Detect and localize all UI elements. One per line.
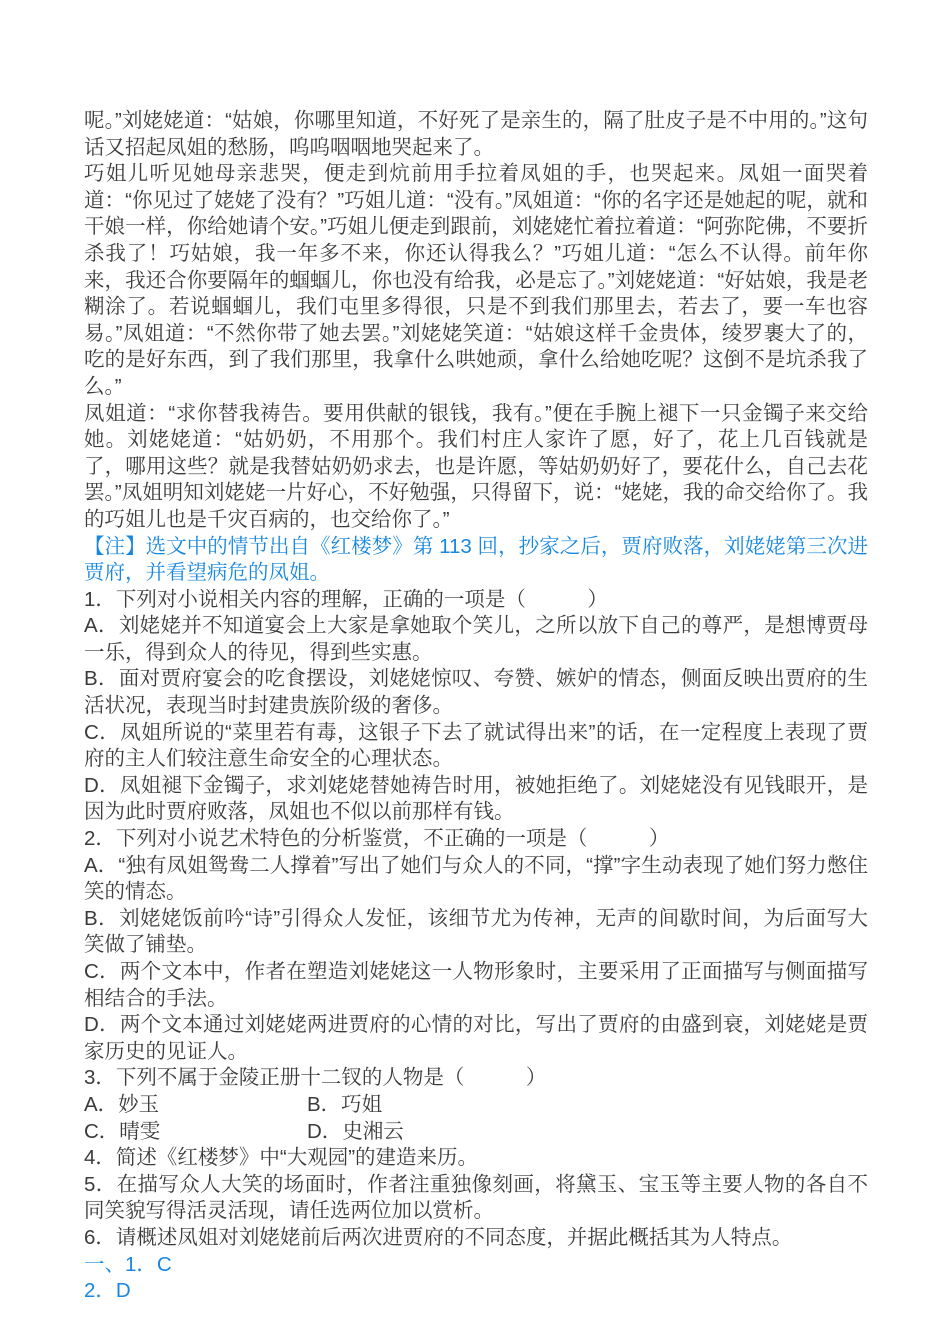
question-2-option-c: C．两个文本中，作者在塑造刘姥姥这一人物形象时，主要采用了正面描写与侧面描写相结… [84, 959, 868, 1012]
question-1-option-a: A．刘姥姥并不知道宴会上大家是拿她取个笑儿，之所以放下自己的尊严，是想博贾母一乐… [84, 613, 868, 666]
question-3-option-b: B．巧姐 [307, 1092, 868, 1119]
answer-line-1: 一、1．C [84, 1252, 868, 1279]
source-note: 【注】选文中的情节出自《红楼梦》第 113 回，抄家之后，贾府败落，刘姥姥第三次… [84, 534, 868, 587]
passage-paragraph-3: 凤姐道：“求你替我祷告。要用供献的银钱，我有。”便在手腕上褪下一只金镯子来交给她… [84, 401, 868, 534]
question-1-option-d: D．凤姐褪下金镯子，求刘姥姥替她祷告时用，被她拒绝了。刘姥姥没有见钱眼开，是因为… [84, 773, 868, 826]
question-2-option-d: D．两个文本通过刘姥姥两进贾府的心情的对比，写出了贾府的由盛到衰，刘姥姥是贾家历… [84, 1012, 868, 1065]
answer-line-2: 2．D [84, 1278, 868, 1305]
question-3-option-a: A．妙玉 [84, 1092, 307, 1119]
question-3-option-c: C．晴雯 [84, 1119, 307, 1146]
question-1: 1．下列对小说相关内容的理解，正确的一项是（ ） [84, 587, 868, 614]
exam-page: 呢。”刘姥姥道：“姑娘，你哪里知道，不好死了是亲生的，隔了肚皮子是不中用的。”这… [0, 0, 950, 1344]
document-body: 呢。”刘姥姥道：“姑娘，你哪里知道，不好死了是亲生的，隔了肚皮子是不中用的。”这… [84, 108, 868, 1305]
passage-paragraph-1: 呢。”刘姥姥道：“姑娘，你哪里知道，不好死了是亲生的，隔了肚皮子是不中用的。”这… [84, 108, 868, 161]
question-2: 2．下列对小说艺术特色的分析鉴赏，不正确的一项是（ ） [84, 826, 868, 853]
question-3: 3．下列不属于金陵正册十二钗的人物是（ ） [84, 1065, 868, 1092]
question-2-option-b: B．刘姥姥饭前吟“诗”引得众人发怔，该细节尤为传神，无声的间歇时间，为后面写大笑… [84, 906, 868, 959]
question-6: 6．请概述凤姐对刘姥姥前后两次进贾府的不同态度，并据此概括其为人特点。 [84, 1225, 868, 1252]
question-2-option-a: A．“独有凤姐鸳鸯二人撑着”写出了她们与众人的不同，“撑”字生动表现了她们努力憋… [84, 853, 868, 906]
question-1-option-c: C．凤姐所说的“菜里若有毒，这银子下去了就试得出来”的话，在一定程度上表现了贾府… [84, 720, 868, 773]
passage-paragraph-2: 巧姐儿听见她母亲悲哭，便走到炕前用手拉着凤姐的手，也哭起来。凤姐一面哭着道：“你… [84, 161, 868, 400]
question-4: 4．简述《红楼梦》中“大观园”的建造来历。 [84, 1145, 868, 1172]
question-3-option-d: D．史湘云 [307, 1119, 868, 1146]
question-1-option-b: B．面对贾府宴会的吃食摆设，刘姥姥惊叹、夸赞、嫉妒的情态，侧面反映出贾府的生活状… [84, 666, 868, 719]
question-3-options-row-2: C．晴雯 D．史湘云 [84, 1119, 868, 1146]
question-5: 5．在描写众人大笑的场面时，作者注重独像刻画，将黛玉、宝玉等主要人物的各自不同笑… [84, 1172, 868, 1225]
question-3-options-row-1: A．妙玉 B．巧姐 [84, 1092, 868, 1119]
